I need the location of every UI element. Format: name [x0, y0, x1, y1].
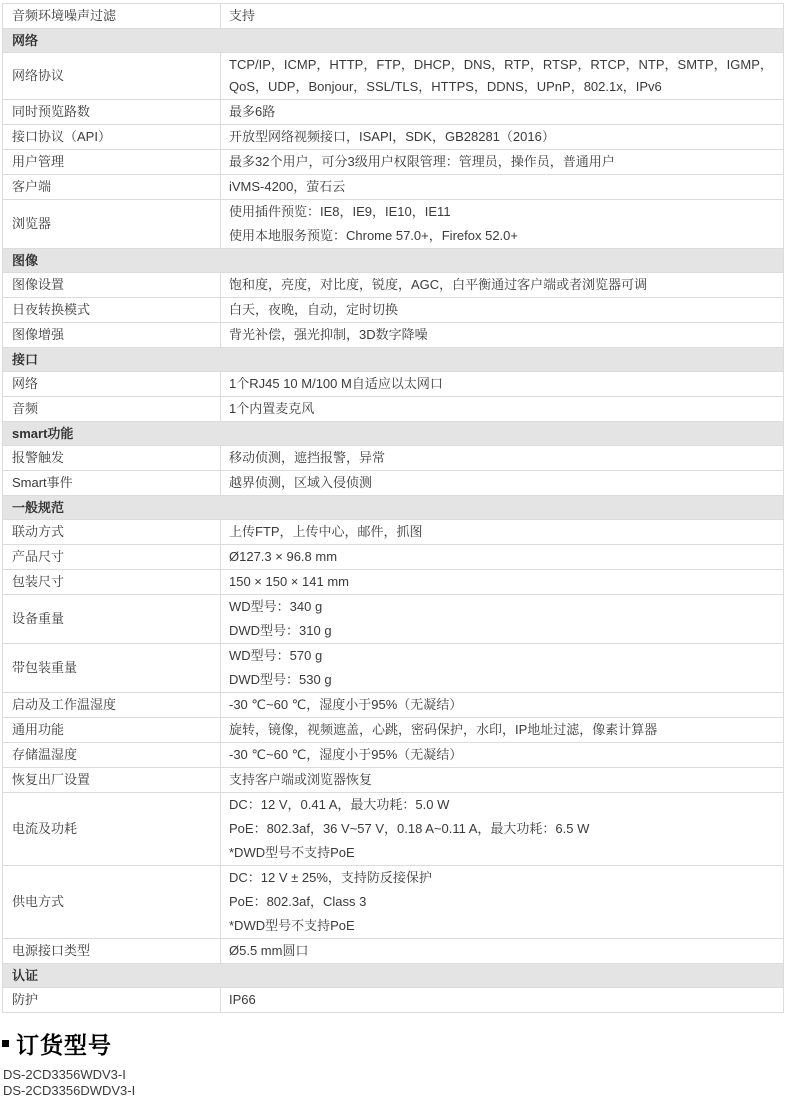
- spec-value: 使用插件预览：IE8，IE9，IE10，IE11使用本地服务预览：Chrome …: [221, 200, 783, 248]
- spec-value: 开放型网络视频接口，ISAPI，SDK，GB28281（2016）: [221, 125, 783, 149]
- spec-row: 电流及功耗DC：12 V，0.41 A，最大功耗：5.0 WPoE：802.3a…: [3, 793, 783, 866]
- spec-value-line: 使用插件预览：IE8，IE9，IE10，IE11: [229, 201, 773, 223]
- spec-row: 电源接口类型Ø5.5 mm圆口: [3, 939, 783, 964]
- spec-value: 150 × 150 × 141 mm: [221, 570, 783, 594]
- spec-value-line: DC：12 V ± 25%，支持防反接保护: [229, 867, 773, 889]
- spec-row: 设备重量WD型号：340 gDWD型号：310 g: [3, 595, 783, 644]
- spec-row: 浏览器使用插件预览：IE8，IE9，IE10，IE11使用本地服务预览：Chro…: [3, 200, 783, 249]
- spec-label: 客户端: [3, 175, 221, 199]
- spec-value-line: WD型号：340 g: [229, 596, 773, 618]
- spec-value-line: 越界侦测，区域入侵侦测: [229, 472, 773, 494]
- spec-value: 旋转，镜像，视频遮盖，心跳，密码保护，水印，IP地址过滤，像素计算器: [221, 718, 783, 742]
- spec-value-line: PoE：802.3af，Class 3: [229, 891, 773, 913]
- spec-value-line: DC：12 V，0.41 A，最大功耗：5.0 W: [229, 794, 773, 816]
- spec-value: DC：12 V ± 25%，支持防反接保护PoE：802.3af，Class 3…: [221, 866, 783, 938]
- spec-row: 日夜转换模式白天，夜晚，自动，定时切换: [3, 298, 783, 323]
- spec-value-line: Ø127.3 × 96.8 mm: [229, 546, 773, 568]
- spec-label: 电流及功耗: [3, 793, 221, 865]
- spec-value: DC：12 V，0.41 A，最大功耗：5.0 WPoE：802.3af，36 …: [221, 793, 783, 865]
- spec-label: 存储温湿度: [3, 743, 221, 767]
- spec-label: 包装尺寸: [3, 570, 221, 594]
- section-title: smart功能: [12, 426, 73, 441]
- spec-row: 供电方式DC：12 V ± 25%，支持防反接保护PoE：802.3af，Cla…: [3, 866, 783, 939]
- spec-row: 音频环境噪声过滤支持: [3, 4, 783, 29]
- order-model-number: DS-2CD3356WDV3-I: [3, 1067, 784, 1083]
- spec-value-line: 支持: [229, 5, 773, 27]
- spec-value: -30 ℃~60 ℃，湿度小于95%（无凝结）: [221, 693, 783, 717]
- spec-row: 产品尺寸Ø127.3 × 96.8 mm: [3, 545, 783, 570]
- spec-label: 报警触发: [3, 446, 221, 470]
- spec-row: 同时预览路数最多6路: [3, 100, 783, 125]
- spec-label: 网络: [3, 372, 221, 396]
- spec-label: 通用功能: [3, 718, 221, 742]
- spec-value: 支持: [221, 4, 783, 28]
- section-title: 图像: [12, 253, 38, 268]
- spec-value: iVMS-4200，萤石云: [221, 175, 783, 199]
- section-title: 接口: [12, 352, 38, 367]
- spec-label: 带包装重量: [3, 644, 221, 692]
- spec-label: 联动方式: [3, 520, 221, 544]
- spec-row: 恢复出厂设置支持客户端或浏览器恢复: [3, 768, 783, 793]
- spec-value-line: 最多6路: [229, 101, 773, 123]
- section-header-row: smart功能: [3, 422, 783, 446]
- spec-label: 启动及工作温湿度: [3, 693, 221, 717]
- spec-label: 浏览器: [3, 200, 221, 248]
- order-model-heading-text: 订货型号: [16, 1027, 112, 1060]
- section-header-row: 接口: [3, 348, 783, 372]
- spec-value: WD型号：340 gDWD型号：310 g: [221, 595, 783, 643]
- spec-row: 客户端iVMS-4200，萤石云: [3, 175, 783, 200]
- spec-label: 音频环境噪声过滤: [3, 4, 221, 28]
- spec-value-line: 背光补偿，强光抑制，3D数字降噪: [229, 324, 773, 346]
- spec-value-line: 旋转，镜像，视频遮盖，心跳，密码保护，水印，IP地址过滤，像素计算器: [229, 719, 773, 741]
- spec-label: 接口协议（API）: [3, 125, 221, 149]
- spec-value: 饱和度，亮度，对比度，锐度，AGC，白平衡通过客户端或者浏览器可调: [221, 273, 783, 297]
- spec-value-line: -30 ℃~60 ℃，湿度小于95%（无凝结）: [229, 744, 773, 766]
- spec-value: 最多32个用户，可分3级用户权限管理：管理员，操作员，普通用户: [221, 150, 783, 174]
- spec-row: 图像设置饱和度，亮度，对比度，锐度，AGC，白平衡通过客户端或者浏览器可调: [3, 273, 783, 298]
- spec-label: 供电方式: [3, 866, 221, 938]
- order-model-number: DS-2CD3356DWDV3-I: [3, 1083, 784, 1099]
- spec-value-line: iVMS-4200，萤石云: [229, 176, 773, 198]
- spec-label: 图像设置: [3, 273, 221, 297]
- spec-label: 电源接口类型: [3, 939, 221, 963]
- spec-value-line: -30 ℃~60 ℃，湿度小于95%（无凝结）: [229, 694, 773, 716]
- spec-value-line: 150 × 150 × 141 mm: [229, 571, 773, 593]
- order-model-heading: 订货型号: [2, 1027, 784, 1060]
- spec-value-line: *DWD型号不支持PoE: [229, 842, 773, 864]
- spec-value-line: 支持客户端或浏览器恢复: [229, 769, 773, 791]
- spec-value-line: 开放型网络视频接口，ISAPI，SDK，GB28281（2016）: [229, 126, 773, 148]
- spec-row: 音频1个内置麦克风: [3, 397, 783, 422]
- spec-document: 音频环境噪声过滤支持网络网络协议TCP/IP，ICMP，HTTP，FTP，DHC…: [0, 0, 786, 1119]
- spec-value-line: IP66: [229, 989, 773, 1011]
- order-model-list: DS-2CD3356WDV3-IDS-2CD3356DWDV3-I: [2, 1067, 784, 1099]
- spec-value-line: WD型号：570 g: [229, 645, 773, 667]
- spec-label: 图像增强: [3, 323, 221, 347]
- spec-value: WD型号：570 gDWD型号：530 g: [221, 644, 783, 692]
- spec-label: 同时预览路数: [3, 100, 221, 124]
- section-title: 一般规范: [12, 500, 64, 515]
- spec-label: 用户管理: [3, 150, 221, 174]
- spec-label: 日夜转换模式: [3, 298, 221, 322]
- spec-value-line: 最多32个用户，可分3级用户权限管理：管理员，操作员，普通用户: [229, 151, 773, 173]
- spec-value-line: *DWD型号不支持PoE: [229, 915, 773, 937]
- spec-row: Smart事件越界侦测，区域入侵侦测: [3, 471, 783, 496]
- spec-value-line: 移动侦测，遮挡报警，异常: [229, 447, 773, 469]
- spec-row: 报警触发移动侦测，遮挡报警，异常: [3, 446, 783, 471]
- spec-value-line: 1个内置麦克风: [229, 398, 773, 420]
- spec-value-line: 1个RJ45 10 M/100 M自适应以太网口: [229, 373, 773, 395]
- spec-value: 移动侦测，遮挡报警，异常: [221, 446, 783, 470]
- square-bullet-icon: [2, 1040, 9, 1047]
- spec-value-line: 饱和度，亮度，对比度，锐度，AGC，白平衡通过客户端或者浏览器可调: [229, 274, 773, 296]
- spec-value-line: 上传FTP，上传中心，邮件，抓图: [229, 521, 773, 543]
- section-header-row: 网络: [3, 29, 783, 53]
- spec-value: 支持客户端或浏览器恢复: [221, 768, 783, 792]
- spec-value: 上传FTP，上传中心，邮件，抓图: [221, 520, 783, 544]
- spec-value-line: 白天，夜晚，自动，定时切换: [229, 299, 773, 321]
- section-title: 网络: [12, 33, 38, 48]
- spec-row: 防护IP66: [3, 988, 783, 1013]
- spec-label: 恢复出厂设置: [3, 768, 221, 792]
- section-header-row: 认证: [3, 964, 783, 988]
- spec-value-line: Ø5.5 mm圆口: [229, 940, 773, 962]
- spec-value: 白天，夜晚，自动，定时切换: [221, 298, 783, 322]
- spec-row: 网络协议TCP/IP，ICMP，HTTP，FTP，DHCP，DNS，RTP，RT…: [3, 53, 783, 100]
- spec-value-line: PoE：802.3af，36 V~57 V，0.18 A~0.11 A，最大功耗…: [229, 818, 773, 840]
- spec-row: 存储温湿度-30 ℃~60 ℃，湿度小于95%（无凝结）: [3, 743, 783, 768]
- spec-row: 通用功能旋转，镜像，视频遮盖，心跳，密码保护，水印，IP地址过滤，像素计算器: [3, 718, 783, 743]
- spec-label: 产品尺寸: [3, 545, 221, 569]
- spec-label: Smart事件: [3, 471, 221, 495]
- spec-value: TCP/IP，ICMP，HTTP，FTP，DHCP，DNS，RTP，RTSP，R…: [221, 53, 783, 99]
- spec-value-line: TCP/IP，ICMP，HTTP，FTP，DHCP，DNS，RTP，RTSP，R…: [229, 54, 773, 98]
- spec-value: IP66: [221, 988, 783, 1012]
- spec-value: Ø127.3 × 96.8 mm: [221, 545, 783, 569]
- spec-value-line: 使用本地服务预览：Chrome 57.0+，Firefox 52.0+: [229, 225, 773, 247]
- spec-value: 越界侦测，区域入侵侦测: [221, 471, 783, 495]
- spec-row: 启动及工作温湿度-30 ℃~60 ℃，湿度小于95%（无凝结）: [3, 693, 783, 718]
- spec-value: -30 ℃~60 ℃，湿度小于95%（无凝结）: [221, 743, 783, 767]
- spec-row: 网络1个RJ45 10 M/100 M自适应以太网口: [3, 372, 783, 397]
- section-title: 认证: [12, 968, 38, 983]
- spec-value: 背光补偿，强光抑制，3D数字降噪: [221, 323, 783, 347]
- spec-label: 防护: [3, 988, 221, 1012]
- spec-row: 带包装重量WD型号：570 gDWD型号：530 g: [3, 644, 783, 693]
- section-header-row: 一般规范: [3, 496, 783, 520]
- spec-label: 音频: [3, 397, 221, 421]
- section-header-row: 图像: [3, 249, 783, 273]
- spec-row: 图像增强背光补偿，强光抑制，3D数字降噪: [3, 323, 783, 348]
- spec-value: 1个RJ45 10 M/100 M自适应以太网口: [221, 372, 783, 396]
- spec-value: 最多6路: [221, 100, 783, 124]
- spec-value: 1个内置麦克风: [221, 397, 783, 421]
- spec-label: 网络协议: [3, 53, 221, 99]
- spec-row: 联动方式上传FTP，上传中心，邮件，抓图: [3, 520, 783, 545]
- spec-table: 音频环境噪声过滤支持网络网络协议TCP/IP，ICMP，HTTP，FTP，DHC…: [2, 3, 784, 1013]
- spec-row: 包装尺寸150 × 150 × 141 mm: [3, 570, 783, 595]
- spec-row: 用户管理最多32个用户，可分3级用户权限管理：管理员，操作员，普通用户: [3, 150, 783, 175]
- spec-label: 设备重量: [3, 595, 221, 643]
- spec-row: 接口协议（API）开放型网络视频接口，ISAPI，SDK，GB28281（201…: [3, 125, 783, 150]
- spec-value-line: DWD型号：310 g: [229, 620, 773, 642]
- spec-value: Ø5.5 mm圆口: [221, 939, 783, 963]
- spec-value-line: DWD型号：530 g: [229, 669, 773, 691]
